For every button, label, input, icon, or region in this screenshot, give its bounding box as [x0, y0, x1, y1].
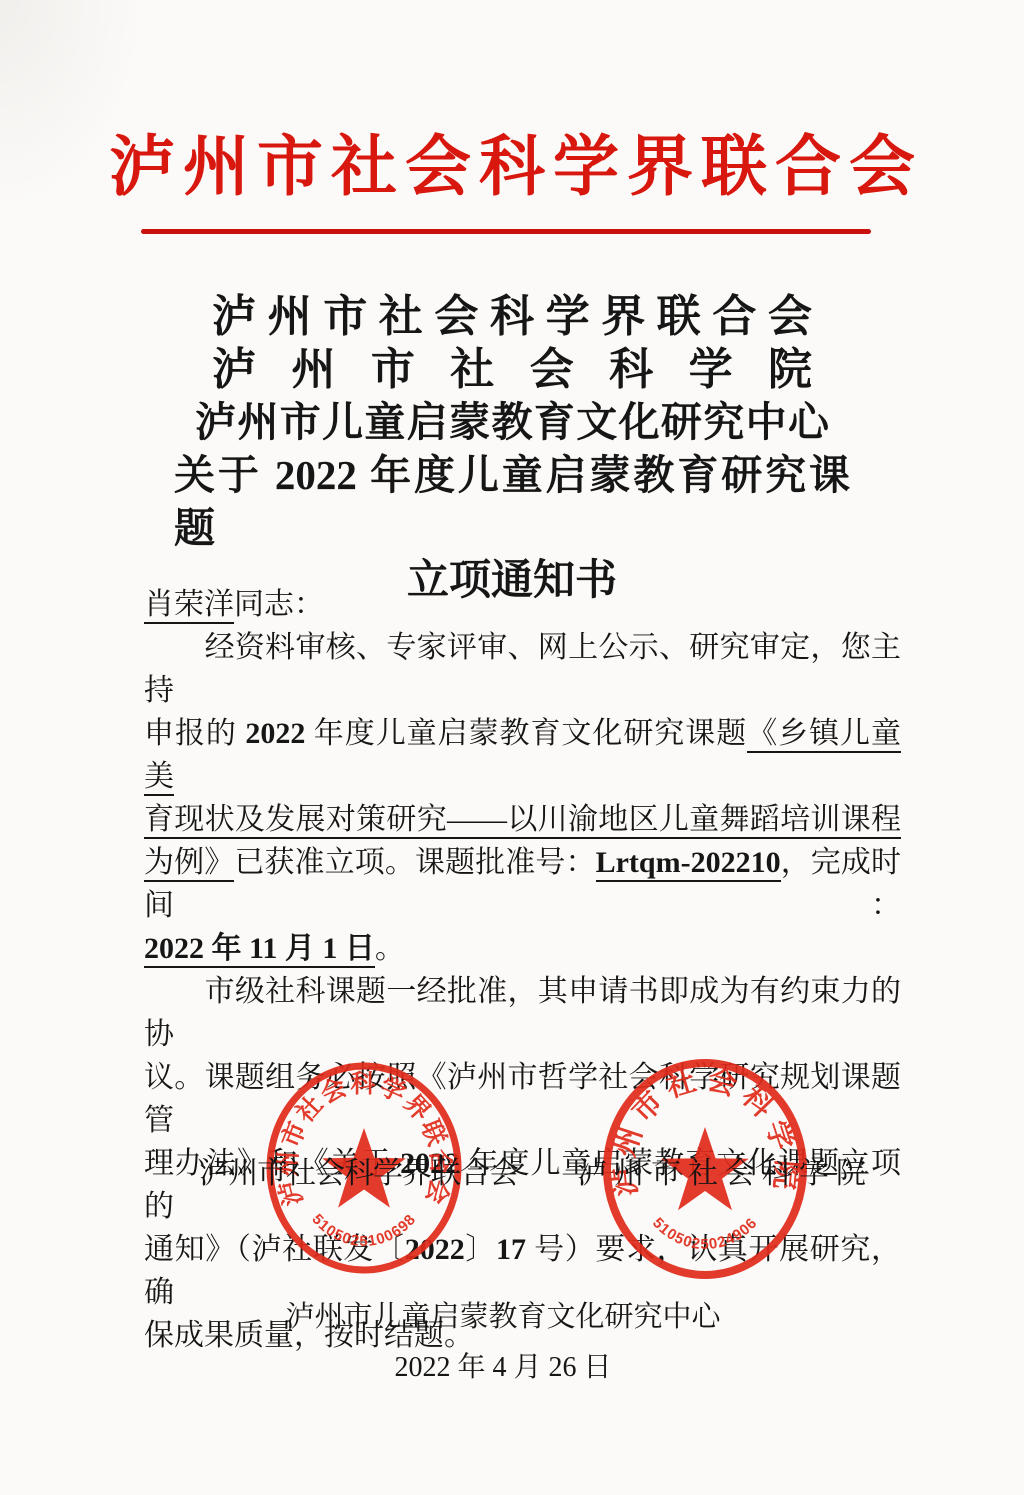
body-line: 育现状及发展对策研究——以川渝地区儿童舞蹈培训课程: [144, 798, 901, 841]
letterhead-rule: [141, 229, 871, 234]
title-line-3: 泸州市儿童启蒙教育文化研究中心: [195, 396, 829, 449]
text-segment: 2022 年 11 月 1 日: [144, 932, 375, 968]
letterhead-title: 泸州市社会科学界联合会: [0, 126, 1024, 210]
document-title: 泸州市社会科学界联合会 泸州市社会科学院 泸州市儿童启蒙教育文化研究中心 关于 …: [134, 290, 890, 607]
body-line: 2022 年 11 月 1 日。: [144, 927, 901, 970]
text-segment: 同志：: [234, 588, 324, 621]
footer-date: 2022 年 4 月 26 日: [0, 1350, 1006, 1386]
body-line: 市级社科课题一经批准，其申请书即成为有约束力的协: [144, 970, 901, 1056]
signature-left-name: 泸州市社会科学界联合会: [199, 1156, 518, 1192]
text-segment: 已获准立项。课题批准号：: [234, 846, 595, 879]
text-segment: 申报的: [144, 717, 245, 750]
signature-right-name: 泸州市社会科学院: [577, 1156, 873, 1192]
text-segment: 育现状及发展对策研究——以川渝地区儿童舞蹈培训课程: [144, 803, 901, 839]
text-segment: 为例》: [144, 846, 234, 882]
title-line-1: 泸州市社会科学界联合会: [212, 290, 812, 343]
footer-org-name: 泸州市儿童启蒙教育文化研究中心: [0, 1299, 1006, 1335]
text-segment: 17: [496, 1233, 526, 1266]
seal-number: 5105025024906: [649, 1214, 761, 1253]
text-segment: 市级社科课题一经批准，其申请书即成为有约束力的协: [144, 975, 901, 1051]
text-segment: 肖荣洋: [144, 588, 234, 624]
title-line-4: 关于 2022 年度儿童启蒙教育研究课题: [174, 449, 850, 555]
title-line-2: 泸州市社会科学院: [212, 343, 812, 396]
seal-number: 5105025100698: [308, 1211, 419, 1250]
text-segment: 年度儿童启蒙教育文化研究课题: [305, 717, 747, 750]
body-line: 为例》已获准立项。课题批准号：Lrtqm-202210，完成时间：: [144, 841, 901, 927]
salutation: 肖荣洋同志：: [144, 583, 901, 626]
body-line: 经资料审核、专家评审、网上公示、研究审定，您主持: [144, 626, 901, 712]
text-segment: Lrtqm-202210: [596, 846, 781, 882]
text-segment: 经资料审核、专家评审、网上公示、研究审定，您主持: [144, 631, 901, 707]
document-page: 泸州市社会科学界联合会 泸州市社会科学界联合会 泸州市社会科学院 泸州市儿童启蒙…: [0, 0, 1024, 1495]
text-segment: 。: [375, 932, 405, 965]
body-line: 申报的 2022 年度儿童启蒙教育文化研究课题《乡镇儿童美: [144, 712, 901, 798]
text-segment: 2022: [245, 717, 305, 750]
